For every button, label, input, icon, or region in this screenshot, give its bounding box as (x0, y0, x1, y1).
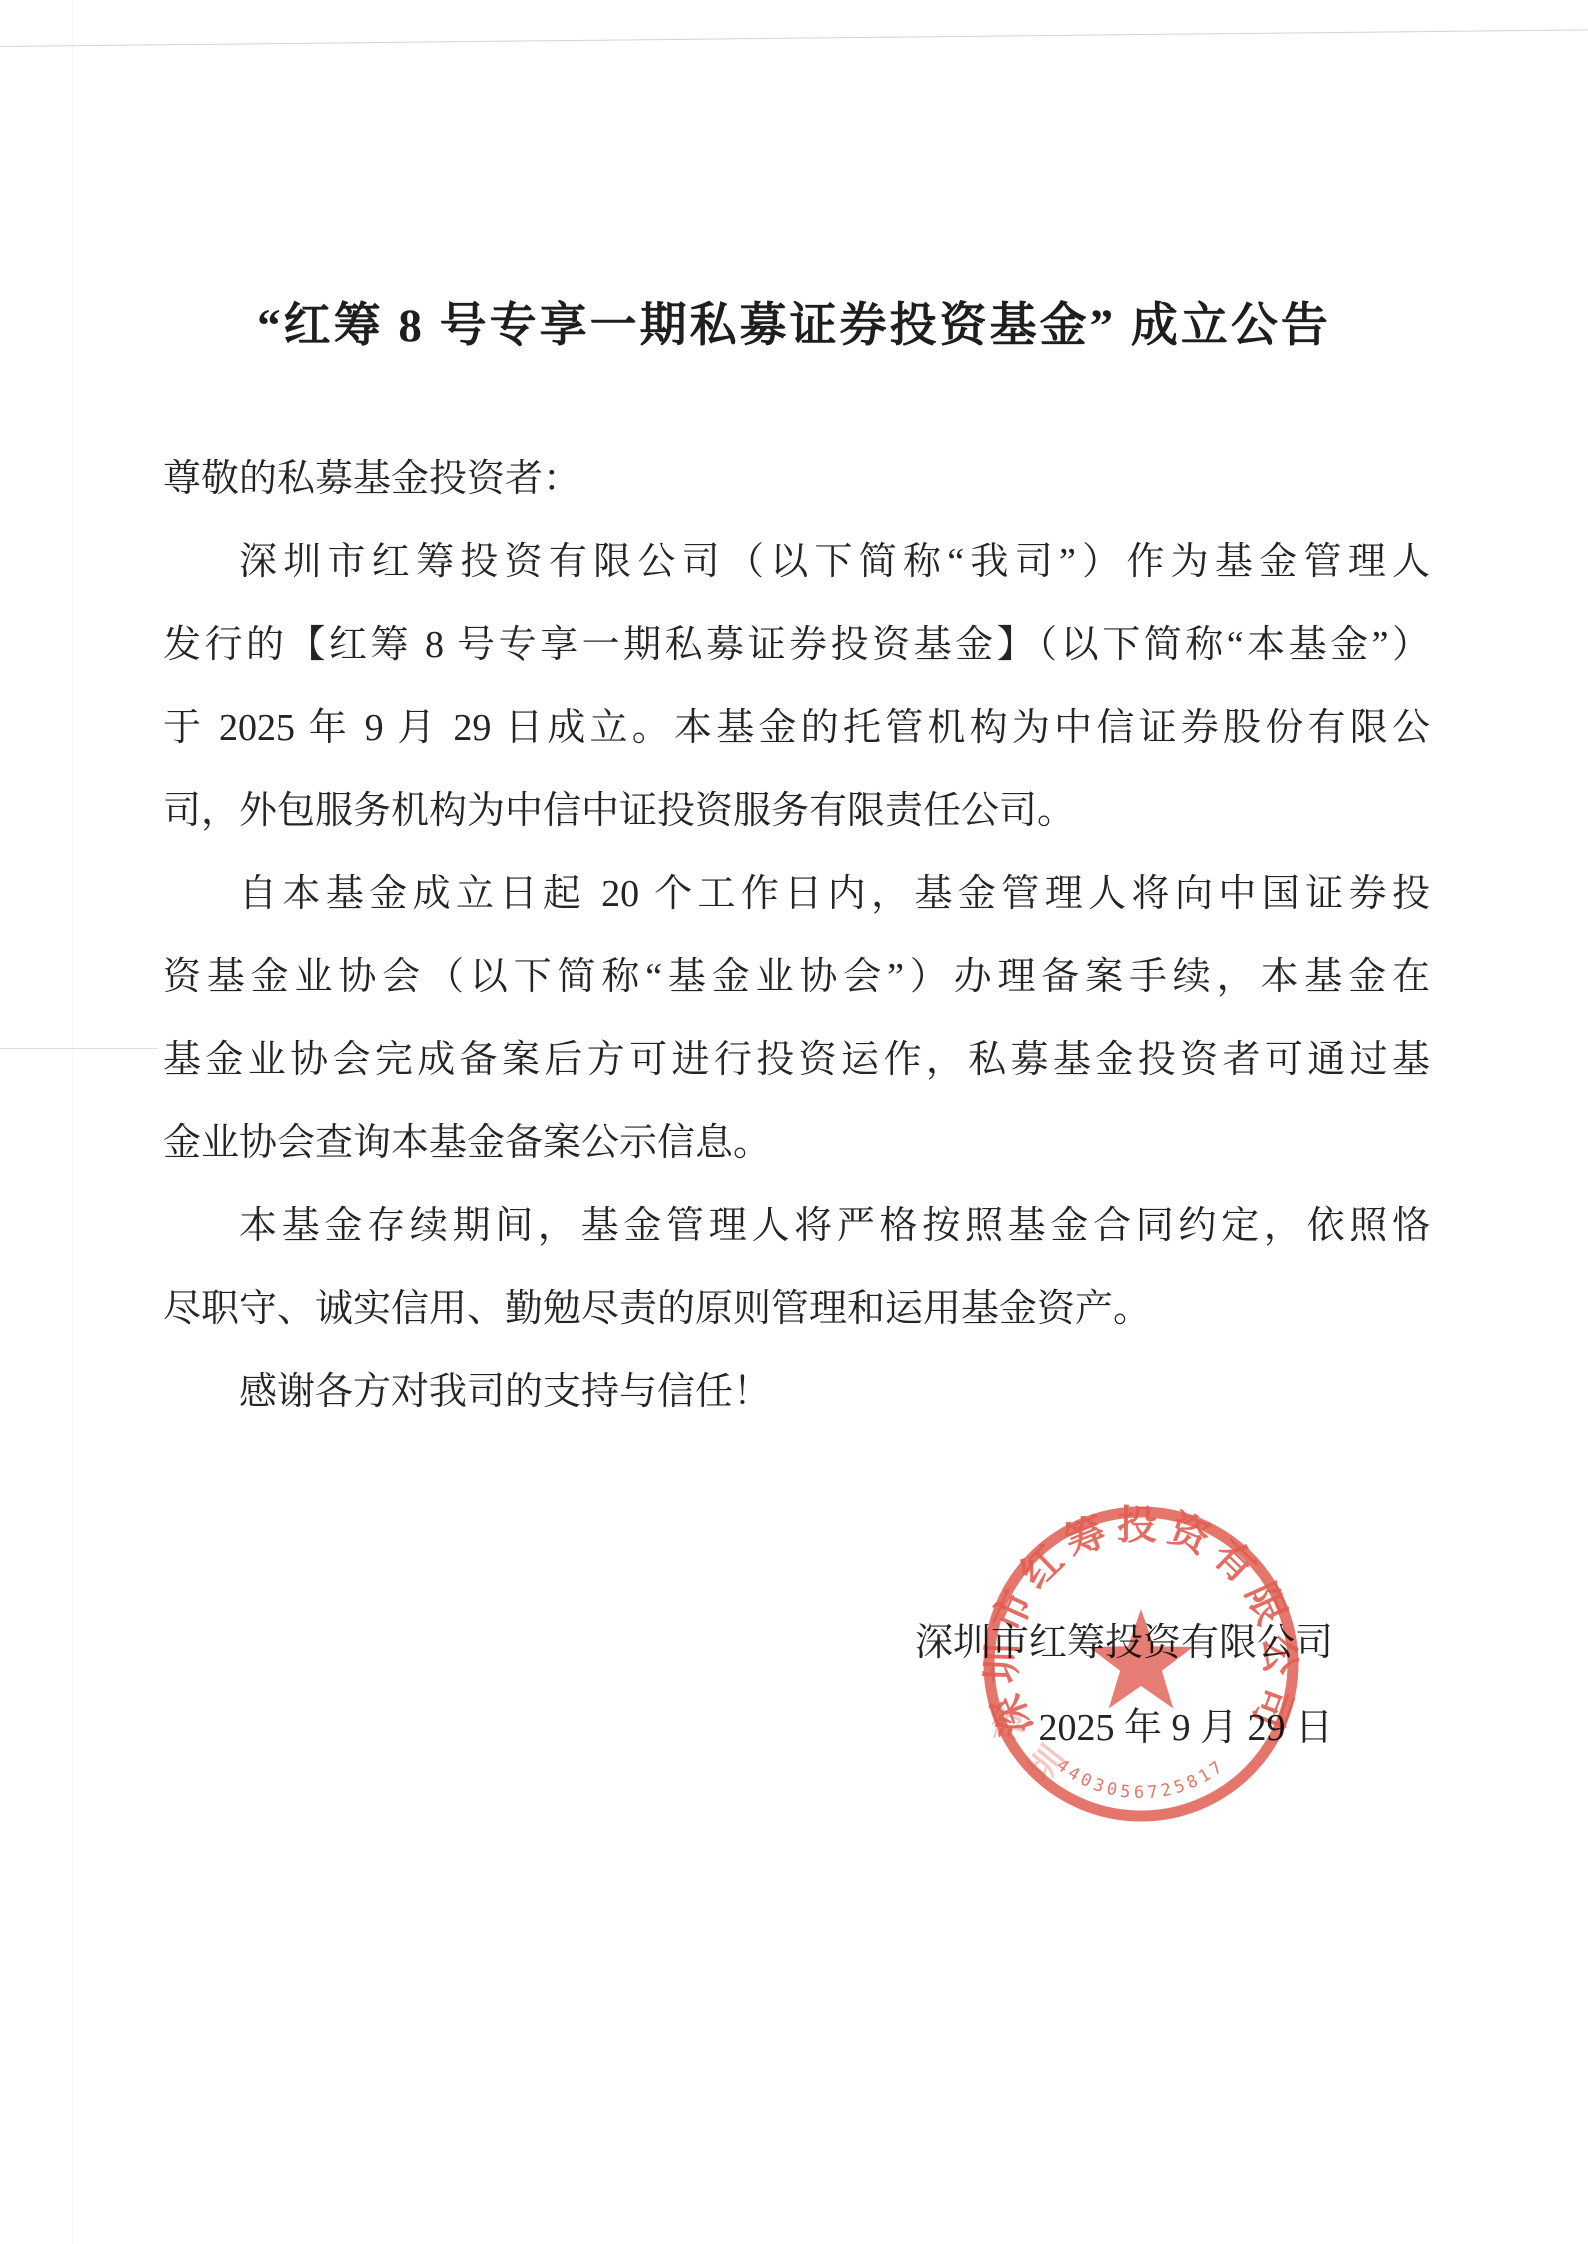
body-line: 发行的【红筹 8 号专享一期私募证券投资基金】（以下简称“本基金”） (163, 604, 1430, 687)
body-line: 深圳市红筹投资有限公司（以下简称“我司”）作为基金管理人 (163, 521, 1430, 604)
body-line: 感谢各方对我司的支持与信任！ (163, 1351, 1430, 1434)
body-line: 资基金业协会（以下简称“基金业协会”）办理备案手续，本基金在 (163, 936, 1430, 1019)
document-title: “红筹 8 号专享一期私募证券投资基金” 成立公告 (0, 288, 1588, 355)
document-body: 尊敬的私募基金投资者：深圳市红筹投资有限公司（以下简称“我司”）作为基金管理人发… (163, 438, 1430, 1434)
signature-block: 深圳市红筹投资有限公司 2025 年 9 月 29 日 (915, 1602, 1333, 1770)
body-line: 司，外包服务机构为中信中证投资服务有限责任公司。 (163, 770, 1430, 853)
body-line: 自本基金成立日起 20 个工作日内，基金管理人将向中国证券投 (163, 853, 1430, 936)
scan-artifact-top-line (0, 29, 1588, 47)
scanned-document-page: “红筹 8 号专享一期私募证券投资基金” 成立公告 尊敬的私募基金投资者：深圳市… (0, 0, 1588, 2244)
signature-date: 2025 年 9 月 29 日 (915, 1687, 1333, 1770)
body-line: 基金业协会完成备案后方可进行投资运作，私募基金投资者可通过基 (163, 1019, 1430, 1102)
signature-company: 深圳市红筹投资有限公司 (915, 1602, 1333, 1685)
body-line: 本基金存续期间，基金管理人将严格按照基金合同约定，依照恪 (163, 1185, 1430, 1268)
body-line: 金业协会查询本基金备案公示信息。 (163, 1102, 1430, 1185)
scan-artifact-left-fold (0, 1048, 158, 1049)
body-line: 尽职守、诚实信用、勤勉尽责的原则管理和运用基金资产。 (163, 1268, 1430, 1351)
body-line: 于 2025 年 9 月 29 日成立。本基金的托管机构为中信证券股份有限公 (163, 687, 1430, 770)
body-line: 尊敬的私募基金投资者： (163, 438, 1430, 521)
